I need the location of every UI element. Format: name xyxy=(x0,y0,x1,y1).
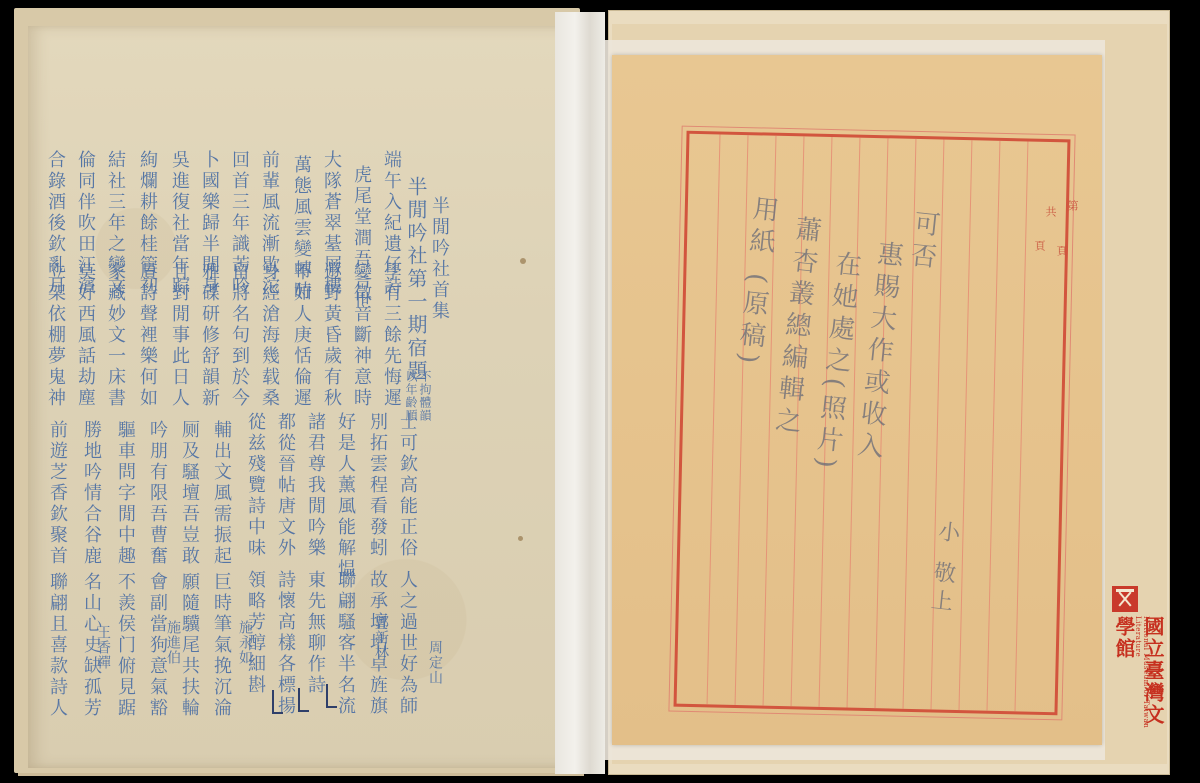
poem-line: 前遊芝香欽聚首 xyxy=(46,420,68,567)
poem-line: 人之過世好為師 xyxy=(396,570,418,717)
edit-mark xyxy=(326,684,337,708)
watermark-en: National Museum of Taiwan Literature xyxy=(1134,616,1150,746)
label-char: 頁 xyxy=(1034,240,1045,256)
poem-line: 家藏妙文一床書 xyxy=(104,262,126,409)
museum-logo-icon xyxy=(1112,586,1138,612)
edit-mark xyxy=(272,690,283,714)
edit-mark xyxy=(298,688,309,712)
stain xyxy=(520,258,526,264)
poem-line: 不如人庚恬倫遲 xyxy=(290,262,312,409)
rhyme-note-1: 不拘體韻 xyxy=(418,370,432,422)
author-name: 施進伯 xyxy=(166,620,180,665)
poem-line: 且對閒事此日人 xyxy=(168,262,190,409)
poem-line: 士可欽高能正俗 xyxy=(396,412,418,559)
poem-line: 東先無聊作詩 xyxy=(304,570,326,696)
poem-line: 遯野黃昏歲有秋 xyxy=(320,262,342,409)
poem-line: 聯翩騷客半名流 xyxy=(334,570,356,717)
poem-line: 都從晉帖唐文外 xyxy=(274,412,296,559)
poem-line: 身經滄海幾载桑 xyxy=(258,262,280,409)
author-name: 郭新林 xyxy=(374,615,388,660)
author-name: 周定山 xyxy=(428,640,442,685)
poem-line: 雅碟研修舒韻新 xyxy=(198,262,220,409)
author-name: 施永如 xyxy=(238,620,252,665)
author-name: 王香禪 xyxy=(96,625,110,670)
binding-gutter xyxy=(555,12,605,774)
page-count-label: 第 頁 共 頁 xyxy=(1058,200,1078,256)
poem-line: 巨時筆氣挽沉淪 xyxy=(210,572,232,719)
left-page-subtitle: 半閒吟社首集 xyxy=(428,196,450,322)
poem-line: 輔出文風需振起 xyxy=(210,420,232,567)
poem-line: 好是人薰風能解愠 xyxy=(334,412,356,580)
poem-line: 願隨驥尾共扶輪 xyxy=(178,572,200,719)
poem-line: 立架依棚夢鬼神 xyxy=(44,262,66,409)
left-page-title: 半閒吟社第一期宿題 xyxy=(405,176,427,383)
poem-line: 留將名句到於今 xyxy=(228,262,250,409)
museum-watermark: 國立臺灣文學館 National Museum of Taiwan Litera… xyxy=(1110,586,1154,746)
poem-line: 變徵音斷神意時 xyxy=(350,262,372,409)
poem-line: 從兹殘覽詩中味 xyxy=(244,412,266,559)
stain xyxy=(518,536,523,541)
poem-line: 莫好西風話劫塵 xyxy=(74,262,96,409)
poem-line: 賡詩聲裡樂何如 xyxy=(136,262,158,409)
poem-line: 勝地吟情合谷鹿 xyxy=(80,420,102,567)
label-char: 第 xyxy=(1067,200,1078,256)
poem-line: 別拓雲程看發蚓 xyxy=(366,412,388,559)
poem-line: 驅車問字閒中趣 xyxy=(114,420,136,567)
poem-line: 聯翩且喜款詩人 xyxy=(46,572,68,719)
label-char: 頁 xyxy=(1056,245,1067,256)
poem-line: 不羨侯门俯見踞 xyxy=(114,572,136,719)
poem-line: 吟朋有限吾曹奮 xyxy=(146,420,168,567)
poem-line: 諸君尊我閒吟樂 xyxy=(304,412,326,559)
poem-line: 厕及騷壇吾豈敢 xyxy=(178,420,200,567)
poem-line: 學有三餘先悔遲 xyxy=(380,262,402,409)
